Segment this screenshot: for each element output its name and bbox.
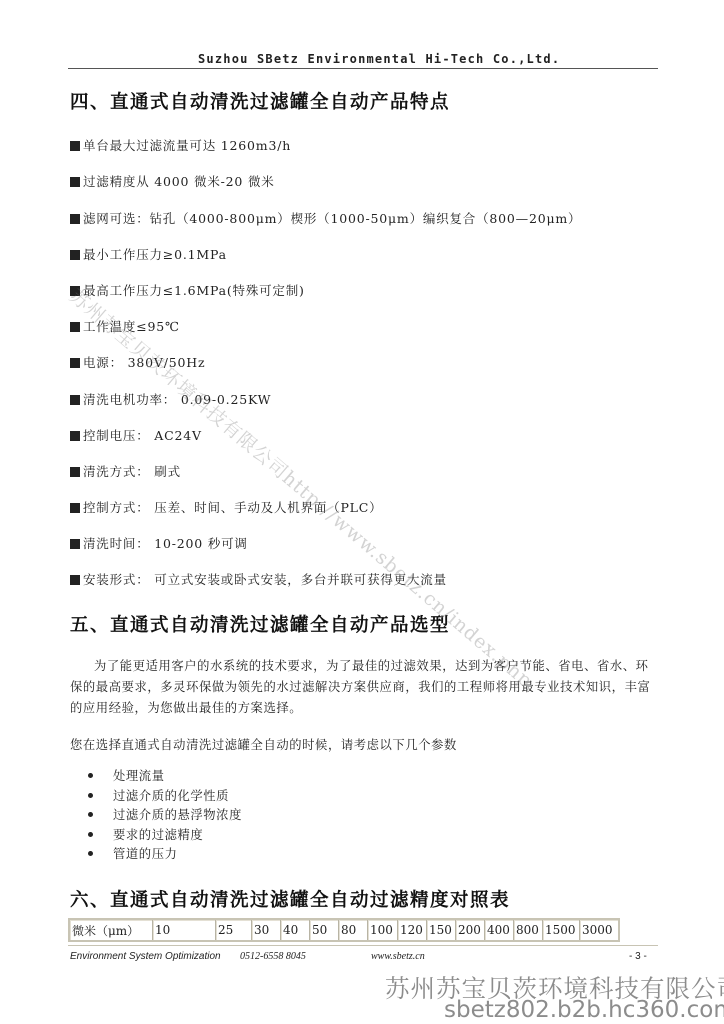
section4-title: 四、直通式自动清洗过滤罐全自动产品特点 xyxy=(70,88,450,114)
square-bullet-icon xyxy=(70,322,80,332)
parameter-list: 处理流量 过滤介质的化学性质 过滤介质的悬浮物浓度 要求的过滤精度 管道的压力 xyxy=(88,767,242,865)
parameter-item: 要求的过滤精度 xyxy=(88,826,242,846)
table-cell: 80 xyxy=(339,919,368,941)
feature-item: 清洗时间： 10-200 秒可调 xyxy=(70,534,248,552)
square-bullet-icon xyxy=(70,395,80,405)
square-bullet-icon xyxy=(70,177,80,187)
square-bullet-icon xyxy=(70,431,80,441)
table-cell: 1500 xyxy=(543,919,580,941)
table-cell: 200 xyxy=(456,919,485,941)
table-row: 微米（μm） 10 25 30 40 50 80 100 120 150 200… xyxy=(69,919,619,941)
header-company-name: Suzhou SBetz Environmental Hi-Tech Co.,L… xyxy=(198,52,560,66)
document-page: Suzhou SBetz Environmental Hi-Tech Co.,L… xyxy=(0,0,724,1024)
square-bullet-icon xyxy=(70,286,80,296)
footer-website: www.sbetz.cn xyxy=(371,951,425,962)
feature-item: 安装形式： 可立式安装或卧式安装，多台并联可获得更大流量 xyxy=(70,570,447,588)
precision-table: 微米（μm） 10 25 30 40 50 80 100 120 150 200… xyxy=(68,918,620,942)
square-bullet-icon xyxy=(70,250,80,260)
feature-item: 最高工作压力≤1.6MPa(特殊可定制) xyxy=(70,281,305,299)
feature-item: 控制电压： AC24V xyxy=(70,426,202,444)
footer-slogan: Environment System Optimization xyxy=(70,951,221,962)
selection-paragraph: 为了能更适用客户的水系统的技术要求，为了最佳的过滤效果，达到为客户节能、省电、省… xyxy=(70,656,660,719)
feature-item: 控制方式： 压差、时间、手动及人机界面（PLC） xyxy=(70,498,382,516)
table-cell: 400 xyxy=(485,919,514,941)
square-bullet-icon xyxy=(70,467,80,477)
page-number: - 3 - xyxy=(629,951,647,962)
table-cell: 40 xyxy=(281,919,310,941)
feature-item: 滤网可选：钻孔（4000-800μm）楔形（1000-50μm）编织复合（800… xyxy=(70,209,581,227)
section5-title: 五、直通式自动清洗过滤罐全自动产品选型 xyxy=(70,611,450,637)
table-cell: 30 xyxy=(252,919,281,941)
feature-item: 清洗方式： 刷式 xyxy=(70,462,181,480)
bullet-icon xyxy=(88,773,93,778)
footer-phone: 0512-6558 8045 xyxy=(240,951,306,962)
feature-item: 单台最大过滤流量可达 1260m3/h xyxy=(70,136,291,154)
square-bullet-icon xyxy=(70,539,80,549)
parameter-item: 过滤介质的悬浮物浓度 xyxy=(88,806,242,826)
bullet-icon xyxy=(88,832,93,837)
watermark-site: sbetz802.b2b.hc360.com xyxy=(444,997,724,1023)
bullet-icon xyxy=(88,793,93,798)
feature-item: 电源： 380V/50Hz xyxy=(70,353,205,371)
square-bullet-icon xyxy=(70,141,80,151)
square-bullet-icon xyxy=(70,214,80,224)
square-bullet-icon xyxy=(70,358,80,368)
table-cell: 150 xyxy=(427,919,456,941)
table-cell: 25 xyxy=(216,919,252,941)
feature-item: 过滤精度从 4000 微米-20 微米 xyxy=(70,172,275,190)
section6-title: 六、直通式自动清洗过滤罐全自动过滤精度对照表 xyxy=(70,886,510,912)
row-label-cell: 微米（μm） xyxy=(69,919,153,941)
table-cell: 800 xyxy=(514,919,543,941)
header-divider xyxy=(68,68,658,69)
parameters-intro: 您在选择直通式自动清洗过滤罐全自动的时候，请考虑以下几个参数 xyxy=(70,735,457,753)
parameter-item: 管道的压力 xyxy=(88,845,242,865)
square-bullet-icon xyxy=(70,575,80,585)
footer-divider xyxy=(68,945,658,946)
table-cell: 10 xyxy=(153,919,216,941)
parameter-item: 处理流量 xyxy=(88,767,242,787)
square-bullet-icon xyxy=(70,503,80,513)
parameter-item: 过滤介质的化学性质 xyxy=(88,787,242,807)
table-cell: 3000 xyxy=(580,919,620,941)
feature-item: 最小工作压力≥0.1MPa xyxy=(70,245,227,263)
bullet-icon xyxy=(88,812,93,817)
feature-item: 工作温度≤95℃ xyxy=(70,317,180,335)
bullet-icon xyxy=(88,851,93,856)
table-cell: 50 xyxy=(310,919,339,941)
table-cell: 100 xyxy=(368,919,398,941)
table-cell: 120 xyxy=(398,919,427,941)
feature-item: 清洗电机功率： 0.09-0.25KW xyxy=(70,390,271,408)
